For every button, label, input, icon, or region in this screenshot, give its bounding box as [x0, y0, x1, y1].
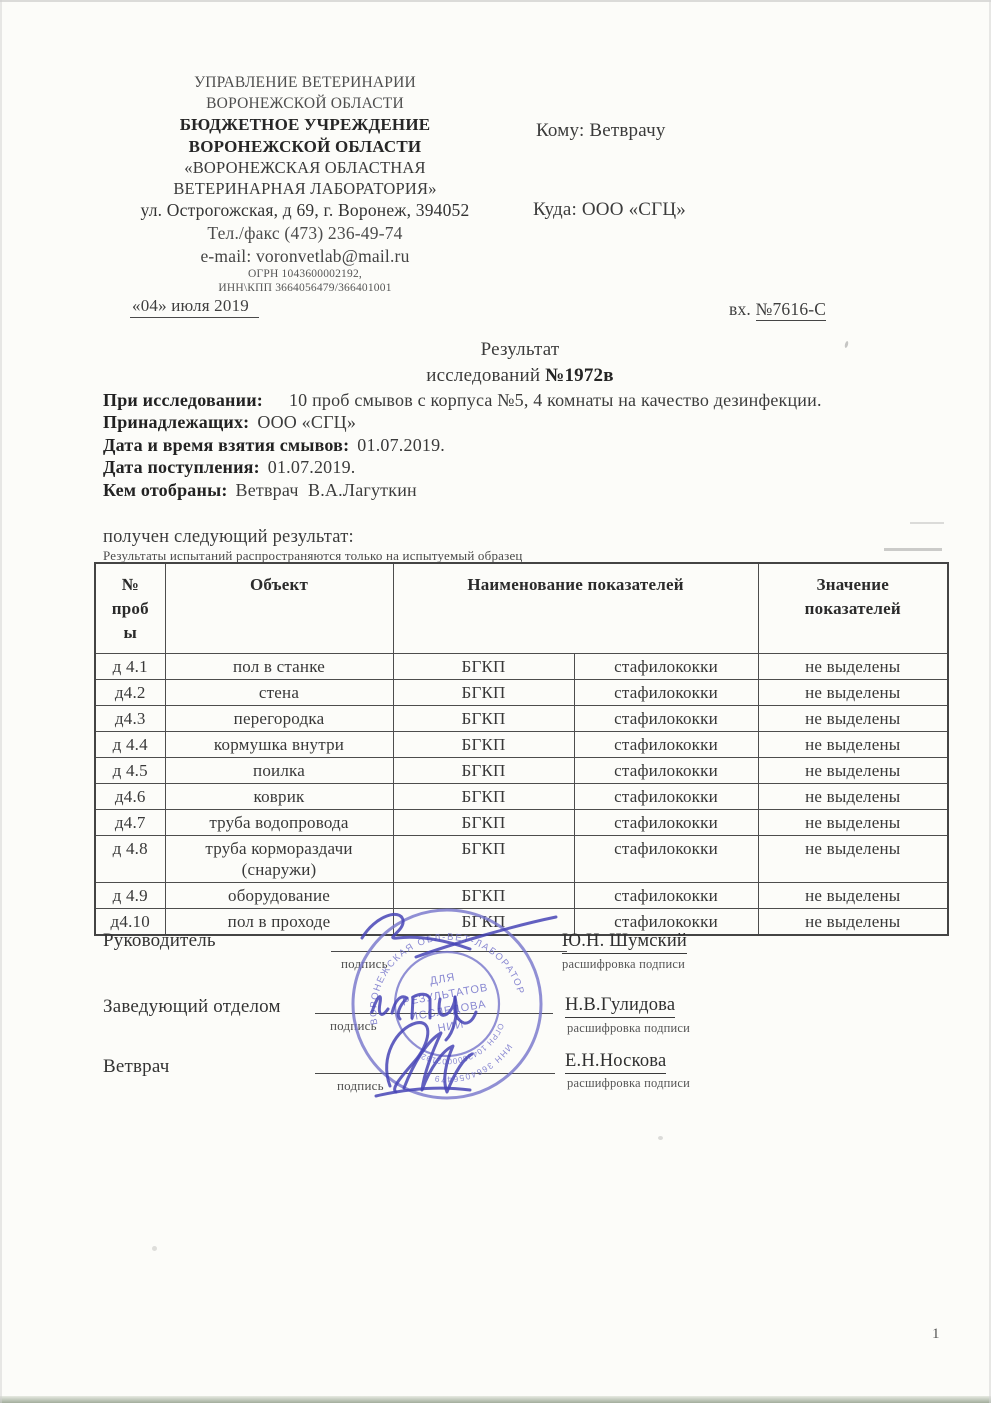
stamp-arc-bottom-inner-text: ОГРН 1043600002192 — [415, 1021, 510, 1072]
scan-edge-top — [0, 0, 991, 2]
addressee-to: Кому: Ветврачу — [536, 120, 666, 142]
title-line2: исследований №1972в — [100, 365, 940, 387]
org-phone: Тел./факс (473) 236-49-74 — [95, 222, 515, 245]
signature-role-director: Руководитель — [103, 930, 216, 952]
stamp-center-line3: ИССЛЕДОВА — [409, 998, 487, 1023]
cell-indicator-2: стафилококки — [574, 758, 758, 784]
scan-edge-left — [0, 0, 2, 1403]
cell-indicator-2: стафилококки — [574, 680, 758, 706]
signature-scribble-vet — [376, 1023, 472, 1096]
signature-line-label: подпись — [341, 956, 388, 972]
header-value-line2: показателей — [759, 597, 948, 621]
scan-speck — [658, 1136, 663, 1140]
cell-sample-number: д 4.8 — [95, 836, 165, 883]
detail-label: Дата поступления: — [103, 457, 260, 477]
signature-name-label: расшифровка подписи — [567, 1076, 690, 1091]
cell-object-line2: (снаружи) — [166, 859, 393, 880]
signature-name-department-head: Н.В.Гулидова — [565, 995, 675, 1018]
cell-sample-number: д4.7 — [95, 810, 165, 836]
cell-sample-number: д4.6 — [95, 784, 165, 810]
scan-edge-bottom — [0, 1396, 991, 1403]
incoming-prefix: вх. — [729, 299, 756, 319]
org-name-line1: «ВОРОНЕЖСКАЯ ОБЛАСТНАЯ — [95, 157, 515, 178]
signature-line-label: подпись — [330, 1018, 377, 1034]
cell-indicator-2: стафилококки — [574, 732, 758, 758]
header-num-line1: № — [96, 573, 165, 597]
table-row: д 4.9оборудованиеБГКПстафилококкине выде… — [95, 883, 948, 909]
page-number: 1 — [932, 1326, 940, 1343]
stamp-center-text: ДЛЯ РЕЗУЛЬТАТОВ ИССЛЕДОВА НИЙ — [399, 966, 495, 1040]
detail-label: Дата и время взятия смывов: — [103, 435, 349, 455]
cell-object: кормушка внутри — [165, 732, 393, 758]
table-row: д 4.1пол в станкеБГКПстафилококкине выде… — [95, 654, 948, 680]
col-header-object: Объект — [165, 563, 393, 654]
cell-object: пол в станке — [165, 654, 393, 680]
scanned-lab-result-document: { "letterhead": { "lines": [ "УПРАВЛЕНИЕ… — [0, 0, 991, 1403]
cell-sample-number: д 4.1 — [95, 654, 165, 680]
scan-smear — [884, 548, 942, 551]
addressee-destination: Куда: ООО «СГЦ» — [533, 199, 686, 221]
stamp-arc-bottom-outer-text: ИНН 3664056479 — [428, 1041, 518, 1088]
cell-indicator-2: стафилококки — [574, 810, 758, 836]
cell-value: не выделены — [758, 758, 948, 784]
cell-value: не выделены — [758, 680, 948, 706]
detail-value: Ветврач В.А.Лагуткин — [236, 480, 417, 500]
cell-object: коврик — [165, 784, 393, 810]
table-row: д4.10пол в проходеБГКПстафилококкине выд… — [95, 909, 948, 936]
signature-scribble-department-head — [372, 994, 476, 1040]
cell-indicator-1: БГКП — [393, 706, 574, 732]
cell-value: не выделены — [758, 909, 948, 936]
detail-label: При исследовании: — [103, 390, 263, 410]
detail-line: Кем отобраны:Ветврач В.А.Лагуткин — [103, 479, 933, 501]
document-date: «04» июля 2019 — [130, 296, 259, 318]
table-row: д 4.8 труба кормораздачи(снаружи) БГКП с… — [95, 836, 948, 883]
cell-value: не выделены — [758, 883, 948, 909]
incoming-registration-number: вх. №7616-С — [729, 299, 826, 320]
detail-line: Дата поступления:01.07.2019. — [103, 456, 933, 478]
cell-indicator-1: БГКП — [393, 654, 574, 680]
header-num-line3: ы — [96, 621, 165, 645]
detail-label: Кем отобраны: — [103, 480, 228, 500]
org-address: ул. Острогожская, д 69, г. Воронеж, 3940… — [95, 199, 515, 222]
cell-value: не выделены — [758, 732, 948, 758]
results-table: № проб ы Объект Наименование показателей… — [94, 562, 949, 936]
table-row: д4.2стенаБГКПстафилококкине выделены — [95, 680, 948, 706]
cell-object: стена — [165, 680, 393, 706]
detail-line: Дата и время взятия смывов:01.07.2019. — [103, 434, 933, 456]
col-header-indicators: Наименование показателей — [393, 563, 758, 654]
table-row: д4.6коврикБГКПстафилококкине выделены — [95, 784, 948, 810]
header-num-line2: проб — [96, 597, 165, 621]
table-row: д 4.4кормушка внутриБГКПстафилококкине в… — [95, 732, 948, 758]
signature-name-vet: Е.Н.Носкова — [565, 1051, 666, 1074]
cell-sample-number: д 4.4 — [95, 732, 165, 758]
stamp-inner-circle — [387, 944, 507, 1064]
table-row: д4.3перегородкаБГКПстафилококкине выделе… — [95, 706, 948, 732]
signature-role-vet: Ветврач — [103, 1056, 170, 1078]
signature-name-director: Ю.Н. Шумский — [562, 931, 687, 954]
title-line1: Результат — [100, 339, 940, 361]
cell-sample-number: д4.3 — [95, 706, 165, 732]
scan-smear — [910, 522, 944, 524]
cell-indicator-1: БГКП — [393, 732, 574, 758]
table-row: д 4.5поилкаБГКПстафилококкине выделены — [95, 758, 948, 784]
letterhead: УПРАВЛЕНИЕ ВЕТЕРИНАРИИ ВОРОНЕЖСКОЙ ОБЛАС… — [95, 72, 515, 295]
incoming-number: №7616-С — [756, 299, 827, 321]
signature-line — [331, 950, 567, 952]
org-type-line1: БЮДЖЕТНОЕ УЧРЕЖДЕНИЕ — [95, 114, 515, 136]
cell-object: поилка — [165, 758, 393, 784]
result-intro: получен следующий результат: — [103, 527, 354, 548]
cell-value: не выделены — [758, 654, 948, 680]
org-email: e-mail: voronvetlab@mail.ru — [95, 245, 515, 267]
header-value-line1: Значение — [759, 573, 948, 597]
detail-label: Принадлежащих: — [103, 412, 249, 432]
detail-line: При исследовании:10 проб смывов с корпус… — [103, 389, 933, 411]
scan-speck — [152, 1246, 157, 1251]
cell-object: труба кормораздачи(снаружи) — [165, 836, 393, 883]
cell-indicator-1: БГКП — [393, 758, 574, 784]
signature-name-label: расшифровка подписи — [562, 957, 685, 972]
cell-sample-number: д 4.5 — [95, 758, 165, 784]
cell-value: не выделены — [758, 810, 948, 836]
research-number: №1972в — [545, 365, 614, 386]
org-authority-line1: УПРАВЛЕНИЕ ВЕТЕРИНАРИИ — [95, 72, 515, 93]
table-row: д4.7труба водопроводаБГКПстафилококкине … — [95, 810, 948, 836]
org-type-line2: ВОРОНЕЖСКОЙ ОБЛАСТИ — [95, 136, 515, 158]
cell-object: труба водопровода — [165, 810, 393, 836]
cell-sample-number: д4.2 — [95, 680, 165, 706]
cell-indicator-1: БГКП — [393, 680, 574, 706]
cell-sample-number: д 4.9 — [95, 883, 165, 909]
cell-indicator-1: БГКП — [393, 810, 574, 836]
cell-indicator-1: БГКП — [393, 883, 574, 909]
cell-object: перегородка — [165, 706, 393, 732]
cell-indicator-2: стафилококки — [574, 784, 758, 810]
cell-indicator-1: БГКП — [393, 836, 574, 883]
stamp-center-line4: НИЙ — [437, 1017, 466, 1034]
research-details: При исследовании:10 проб смывов с корпус… — [103, 389, 933, 501]
stamp-center-line1: ДЛЯ — [429, 971, 456, 987]
signature-line — [315, 1012, 553, 1014]
org-name-line2: ВЕТЕРИНАРНАЯ ЛАБОРАТОРИЯ» — [95, 178, 515, 199]
cell-value: не выделены — [758, 836, 948, 883]
org-ogrn: ОГРН 1043600002192, — [95, 267, 515, 281]
cell-indicator-2: стафилококки — [574, 654, 758, 680]
title-line2-prefix: исследований — [426, 365, 545, 386]
signature-line-label: подпись — [337, 1078, 384, 1094]
col-header-sample-number: № проб ы — [95, 563, 165, 654]
detail-value: 01.07.2019. — [357, 435, 445, 455]
signature-role-department-head: Заведующий отделом — [103, 996, 281, 1018]
cell-indicator-2: стафилококки — [574, 883, 758, 909]
detail-value: 01.07.2019. — [268, 457, 356, 477]
signature-line — [315, 1072, 555, 1074]
cell-value: не выделены — [758, 784, 948, 810]
org-inn-kpp: ИНН\КПП 3664056479/366401001 — [95, 281, 515, 295]
table-header-row: № проб ы Объект Наименование показателей… — [95, 563, 948, 654]
document-title: Результат исследований №1972в — [100, 339, 940, 387]
detail-value: 10 проб смывов с корпуса №5, 4 комнаты н… — [289, 390, 822, 410]
detail-line: Принадлежащих:ООО «СГЦ» — [103, 411, 933, 433]
col-header-value: Значение показателей — [758, 563, 948, 654]
stamp-center-line2: РЕЗУЛЬТАТОВ — [402, 982, 490, 1009]
signature-name-label: расшифровка подписи — [567, 1021, 690, 1036]
cell-indicator-1: БГКП — [393, 784, 574, 810]
cell-object: оборудование — [165, 883, 393, 909]
detail-value: ООО «СГЦ» — [257, 412, 356, 432]
cell-indicator-1: БГКП — [393, 909, 574, 936]
cell-value: не выделены — [758, 706, 948, 732]
org-authority-line2: ВОРОНЕЖСКОЙ ОБЛАСТИ — [95, 93, 515, 114]
cell-indicator-2: стафилококки — [574, 836, 758, 883]
cell-object-line1: труба кормораздачи — [166, 838, 393, 859]
cell-indicator-2: стафилококки — [574, 706, 758, 732]
